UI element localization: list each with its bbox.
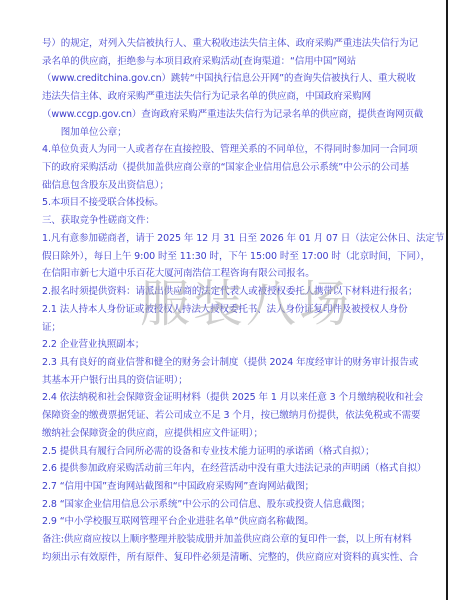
text-line: 2.5 提供具有履行合同所必需的设备和专业技术能力证明的承诺函（格式自拟）； (42, 443, 422, 461)
text-line: （www.ccgp.gov.cn）查询政府采购严重违法失信行为记录名单的供应商，… (42, 106, 422, 124)
text-line: 2.报名时须提供资料：请派出供应商的法定代表人或被授权委托人携带以下材料进行报名… (42, 283, 422, 301)
text-line: 其基本开户银行出具的资信证明）； (42, 372, 422, 390)
text-line: （www.creditchina.gov.cn）跳转“中国执行信息公开网”的查询… (42, 70, 422, 88)
text-line: 下的政府采购活动（提供加盖供应商公章的“国家企业信用信息公示系统”中公示的公司基 (42, 159, 422, 177)
remark-line: 均须出示有效原件，所有原件、复印件必须是清晰、完整的，供应商应对资料的真实性、合 (42, 549, 422, 567)
text-line: 2.6 提供参加政府采购活动前三年内，在经营活动中没有重大违法记录的声明函（格式… (42, 460, 422, 478)
text-line: 5.本项目不接受联合体投标。 (42, 194, 422, 212)
text-line: 在信阳市新七大道中乐百花大厦河南浩信工程咨询有限公司报名。 (42, 265, 422, 283)
remark-line: 备注:供应商应按以上顺序整理并胶装成册并加盖供应商公章的复印件一套，以上所有材料 (42, 531, 422, 549)
text-line: 4.单位负责人为同一人或者存在直接控股、管理关系的不同单位，不得同时参加同一合同… (42, 141, 422, 159)
text-line: 保障资金的缴费票据凭证、若公司成立不足 3 个月，按已缴纳月份提供，依法免税或不… (42, 407, 422, 425)
text-line: 号）的规定，对列入失信被执行人、重大税收违法失信主体、政府采购严重违法失信行为记 (42, 35, 422, 53)
text-line: 图加单位公章； (42, 124, 422, 142)
text-line: 录名单的供应商，拒绝参与本项目政府采购活动[查询渠道：“信用中国”网站 (42, 53, 422, 71)
document-page: 号）的规定，对列入失信被执行人、重大税收违法失信主体、政府采购严重违法失信行为记… (0, 0, 450, 600)
text-line: 2.2 企业营业执照副本； (42, 336, 422, 354)
text-line: 缴纳社会保障资金的供应商，应提供相应文件证明）； (42, 425, 422, 443)
text-line: 证； (42, 319, 422, 337)
text-line: 2.4 依法纳税和社会保障资金证明材料（提供 2025 年 1 月以来任意 3 … (42, 389, 422, 407)
text-line: 2.3 具有良好的商业信誉和健全的财务会计制度（提供 2024 年度经审计的财务… (42, 354, 422, 372)
text-line: 假日除外），每日上午 9:00 时至 11:30 时，下午 15:00 时至 1… (42, 248, 422, 266)
text-line: 础信息包含股东及出资信息）； (42, 177, 422, 195)
document-text-body: 号）的规定，对列入失信被执行人、重大税收违法失信主体、政府采购严重违法失信行为记… (42, 35, 422, 567)
text-line: 2.9 “中小学校服互联网管理平台企业进驻名单”供应商名称截图。 (42, 513, 422, 531)
text-line: 违法失信主体、政府采购严重违法失信行为记录名单的供应商，中国政府采购网 (42, 88, 422, 106)
text-line: 2.1 法人持本人身份证或被授权人持法人授权委托书、法人身份证复印件及被授权人身… (42, 301, 422, 319)
section-heading: 三、获取竞争性磋商文件： (42, 212, 422, 230)
text-line: 1.凡有意参加磋商者，请于 2025 年 12 月 31 日至 2026 年 0… (42, 230, 422, 248)
page-edge-line (446, 0, 448, 600)
text-line: 2.7 “信用中国”查询网站截图和“中国政府采购网”查询网站截图； (42, 478, 422, 496)
text-line: 2.8 “国家企业信用信息公示系统”中公示的公司信息、股东或投资人信息截图； (42, 496, 422, 514)
